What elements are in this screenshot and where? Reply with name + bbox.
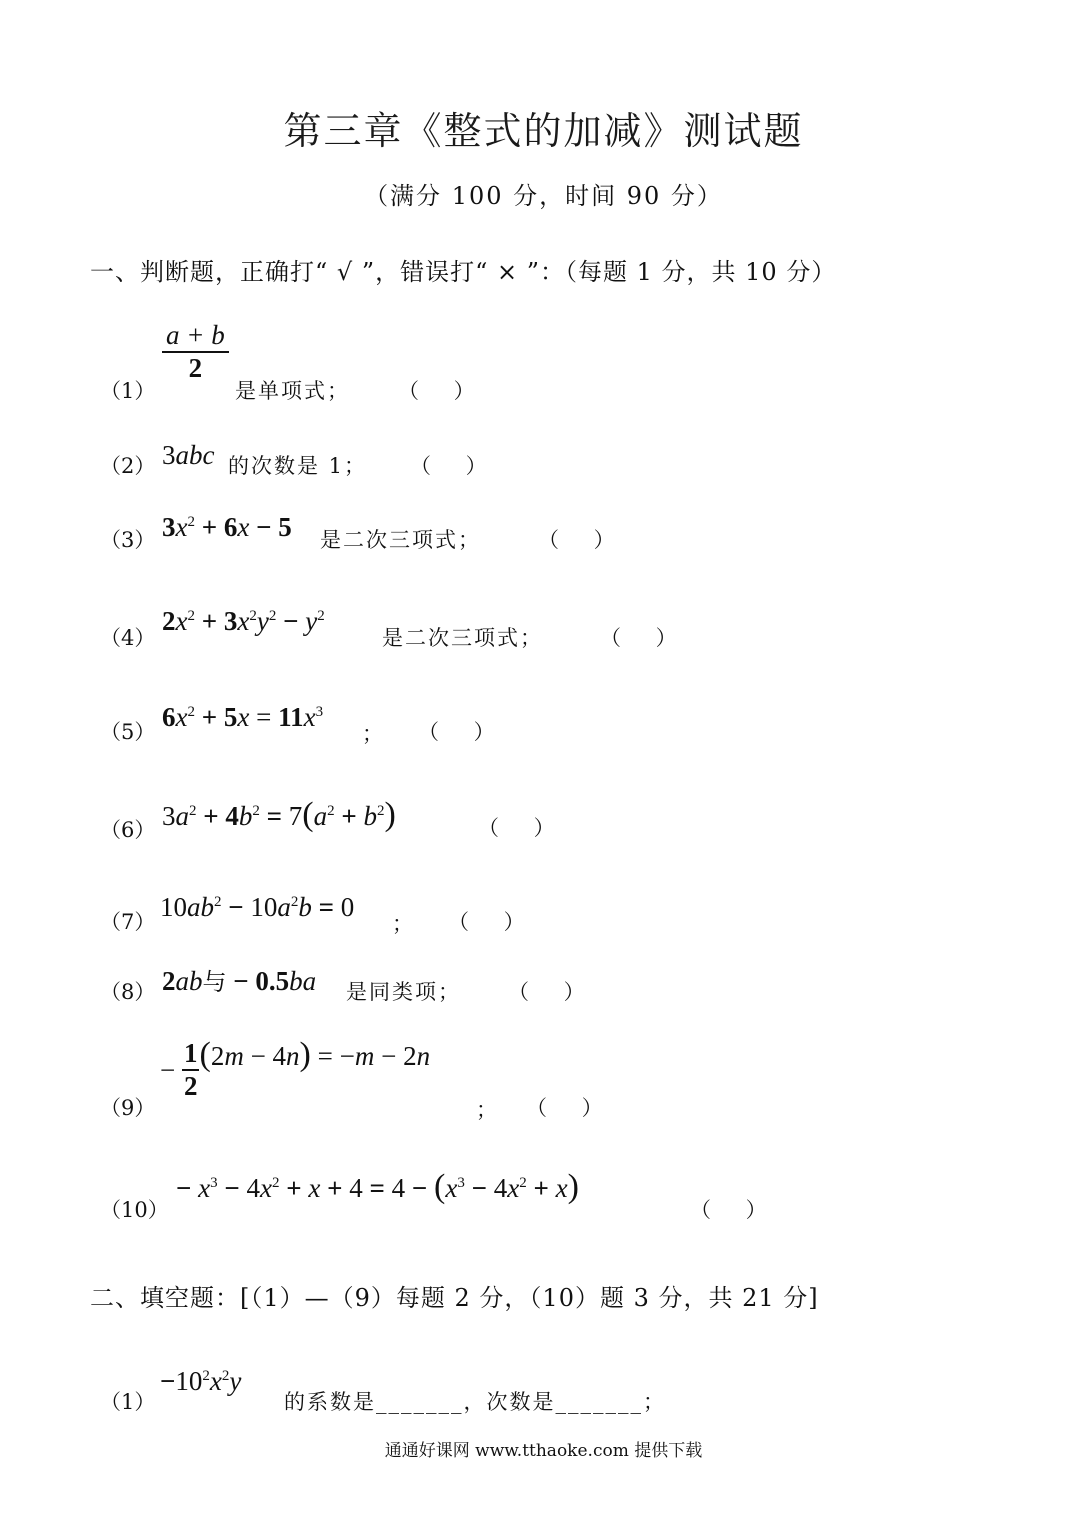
- question-text: 是二次三项式；: [382, 622, 543, 652]
- degree-label: 次数是: [487, 1390, 556, 1414]
- page-title: 第三章《整式的加减》测试题: [0, 100, 1087, 155]
- question-text: ；: [362, 718, 385, 748]
- fraction-denominator: 2: [162, 353, 229, 384]
- math-expression: 2ab与 − 0.5ba: [162, 962, 316, 997]
- question-text: 是同类项；: [346, 976, 461, 1006]
- answer-blank[interactable]: （ ）: [508, 976, 599, 1006]
- question-number: （7）: [100, 906, 155, 936]
- answer-blank[interactable]: （ ）: [410, 450, 501, 480]
- answer-blank[interactable]: （ ）: [600, 622, 691, 652]
- footer-source: 通通好课网 www.tthaoke.com 提供下载: [0, 1436, 1087, 1461]
- question-text: ；: [476, 1094, 499, 1124]
- answer-blank[interactable]: （ ）: [418, 716, 509, 746]
- answer-blank[interactable]: （ ）: [398, 375, 489, 405]
- question-text: 是二次三项式；: [320, 524, 481, 554]
- page-subtitle: （满分 100 分，时间 90 分）: [0, 176, 1087, 211]
- answer-blank[interactable]: （ ）: [448, 906, 539, 936]
- math-expression: −102x2y: [160, 1366, 241, 1397]
- math-expression: 3a2 + 4b2 = 7(a2 + b2): [162, 796, 396, 834]
- answer-blank[interactable]: （ ）: [538, 524, 629, 554]
- question-number: （6）: [100, 814, 155, 844]
- math-expression: 2x2 + 3x2y2 − y2: [162, 606, 325, 637]
- question-number: （8）: [100, 976, 155, 1006]
- question-number: （1）: [100, 375, 155, 405]
- question-number: （5）: [100, 716, 155, 746]
- answer-blank[interactable]: （ ）: [526, 1092, 617, 1122]
- section-2-heading: 二、填空题：[（1）—（9）每题 2 分，（10）题 3 分，共 21 分]: [90, 1278, 819, 1313]
- separator: ，: [464, 1390, 487, 1414]
- answer-blank[interactable]: （ ）: [478, 812, 569, 842]
- question-number: （10）: [100, 1194, 169, 1224]
- question-number: （4）: [100, 622, 155, 652]
- coefficient-label: 的系数是: [284, 1390, 376, 1414]
- math-expression: 10ab2 − 10a2b = 0: [160, 892, 354, 923]
- math-expression: a + b 2: [162, 320, 229, 384]
- degree-blank[interactable]: _______: [556, 1390, 644, 1414]
- question-text: 是单项式；: [235, 375, 350, 405]
- section-1-heading: 一、判断题，正确打“ √ ”，错误打“ × ”：（每题 1 分，共 10 分）: [90, 252, 836, 287]
- question-text: ；: [392, 908, 415, 938]
- question-number: （2）: [100, 450, 155, 480]
- math-expression: − 12 (2m − 4n) = −m − 2n: [160, 1038, 430, 1102]
- question-number: （9）: [100, 1092, 155, 1122]
- question-text: 的次数是 1；: [228, 450, 367, 480]
- fill-text: 的系数是_______，次数是_______；: [284, 1386, 666, 1416]
- math-expression: − x3 − 4x2 + x + 4 = 4 − (x3 − 4x2 + x): [176, 1168, 579, 1206]
- coefficient-blank[interactable]: _______: [376, 1390, 464, 1414]
- fraction-numerator: a + b: [162, 320, 229, 353]
- answer-blank[interactable]: （ ）: [690, 1194, 781, 1224]
- math-expression: 3abc: [162, 440, 214, 471]
- question-number: （1）: [100, 1386, 155, 1416]
- math-expression: 6x2 + 5x = 11x3: [162, 702, 323, 733]
- terminator: ；: [643, 1390, 666, 1414]
- question-number: （3）: [100, 524, 155, 554]
- math-expression: 3x2 + 6x − 5: [162, 512, 292, 543]
